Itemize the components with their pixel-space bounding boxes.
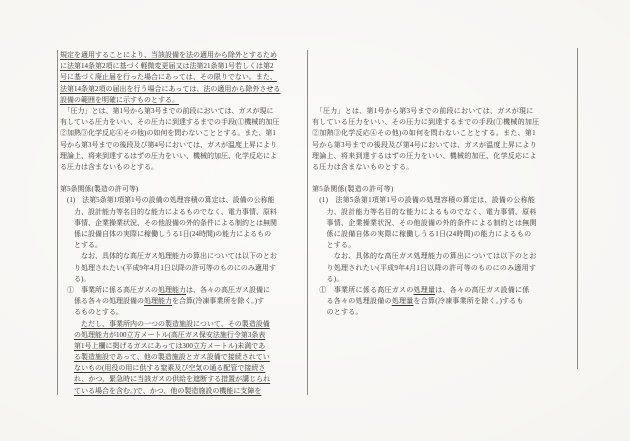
text-line: の処理能力が100立方メートル(高圧ガス保安法施行令第3条表 [60, 330, 307, 341]
text-line: (1) 法第5条第1項第1号の設備の処理容積の算定は、設備の公称能 [60, 195, 307, 206]
text-segment: のとする。 [312, 308, 363, 316]
text-segment: り処理されたい(平成9年4月1日以降の許可等のものにのみ適用す [312, 264, 536, 272]
text-segment: なお、具体的な高圧ガス処理能力の算出については以下のとお [60, 252, 277, 260]
text-segment: ① 事業所に係る高圧ガスの [312, 286, 414, 294]
underlined-text-segment: 処理能力 [144, 297, 172, 305]
text-line: ただし、事業所内の一つの製造施設について、その製造設備 [60, 319, 307, 330]
underlined-text-segment: 設備の範囲を明確に示すものとする。 [60, 96, 179, 104]
text-line: ②加熱③化学反応④その他)の如何を問わないこととする。また、第1 [60, 128, 307, 139]
underlined-text-segment: 号に基づく廃止届を行った場合にあっては、その限りでない。また、 [60, 73, 277, 81]
text-line: 「圧力」とは、第1号から第3号までの前段においては、ガスが現に [312, 106, 575, 117]
text-line: る各々の処理設備の処理量を合算(冷凍事業所を除く。)するも [312, 296, 575, 307]
text-line: ②加熱③化学反応④その他)の如何を問わないこととする。また、第1 [312, 128, 575, 139]
text-segment: る圧力は含まないものとする。 [312, 163, 414, 171]
text-line: 第1号上欄に掲げるガスにあっては300立方メートル)未満であ [60, 341, 307, 352]
text-segment: を合算(冷凍事業所を除く。)す [172, 297, 264, 305]
text-segment: り処理されたい(平成9年4月1日以降の許可等のものにのみ適用す [60, 264, 276, 272]
text-line: 力、設計能力等名目的な能力によるものでなく、電力事情、原料 [312, 207, 575, 218]
text-line: 係る各々の処理設備の処理能力を合算(冷凍事業所を除く。)す [60, 296, 307, 307]
text-line: ている場合を含む。)で、かつ、他の製造施設の機能に支障を [60, 386, 307, 397]
text-segment: ②加熱③化学反応④その他)の如何を問わないこととする。また、第1 [60, 129, 276, 137]
text-line: り処理されたい(平成9年4月1日以降の許可等のものにのみ適用す [312, 263, 575, 274]
text-segment: とする。 [312, 241, 356, 249]
text-line: 号から第3号までの後段及び第4号においては、ガスが温度上昇により [60, 140, 307, 151]
text-segment: る各々の処理設備の [312, 297, 392, 305]
text-line: 有している圧力をいい、その圧力に到達するまでの手段(①機械的加圧 [60, 117, 307, 128]
right-column-text: 「圧力」とは、第1号から第3号までの前段においては、ガスが現に有している圧力をい… [312, 50, 575, 319]
text-segment: なお、具体的な高圧ガス処理能力の算出については以下のとお [312, 252, 537, 260]
text-segment: 第5条関係(製造の許可等) [312, 185, 393, 193]
text-line [312, 173, 575, 184]
text-line: 第5条関係(製造の許可等) [312, 184, 575, 195]
text-segment: 有している圧力をいい、その圧力に到達するまでの手段(①機械的加圧 [312, 118, 539, 126]
text-segment: るものとする。 [60, 308, 123, 316]
text-line: に法第14条第2項に基づく軽微変更届又は法第21条第1号若しくは第2 [60, 61, 307, 72]
text-line [312, 61, 575, 72]
left-column-text: 規定を適用することにより、当該設備を法の適用から除外とするために法第14条第2項… [60, 50, 307, 397]
underlined-text-segment: 第1号上欄に掲げるガスにあっては300立方メートル)未満であ [74, 342, 265, 350]
scanned-document-page: 規定を適用することにより、当該設備を法の適用から除外とするために法第14条第2項… [0, 0, 630, 441]
text-segment: 力、設計能力等名目的な能力によるものでなく、電力事情、原料 [312, 208, 537, 216]
text-segment: 第5条関係(製造の許可等) [60, 185, 138, 193]
text-segment: 係に設備自体の実際に稼働しうる1日(24時間)の能力によるもの [312, 230, 531, 238]
text-line: 有している圧力をいい、その圧力に到達するまでの手段(①機械的加圧 [312, 117, 575, 128]
text-segment: 号から第3号までの後段及び第4号においては、ガスが温度上昇により [312, 141, 537, 149]
text-line: なお、具体的な高圧ガス処理能力の算出については以下のとお [60, 251, 307, 262]
text-line [312, 84, 575, 95]
underlined-text-segment: 処理量 [392, 297, 414, 305]
text-line: のとする。 [312, 307, 575, 318]
text-line: 理論上、将来到達するはずの圧力をいい、機械的加圧、化学反応によ [60, 151, 307, 162]
text-line: 係に設備自体の実際に稼働しうる1日(24時間)の能力によるもの [60, 229, 307, 240]
text-line: る圧力は含まないものとする。 [312, 162, 575, 173]
underlined-text-segment: れ、かつ、緊急時に当該ガスの供給を遮断する措置が講じられ [74, 375, 270, 383]
text-line: 事情、企業操業状況、その他設備の外的条件による制約とは無関 [312, 218, 575, 229]
text-segment: ① 事業所に係る高圧ガスの [60, 286, 158, 294]
text-segment: ②加熱③化学反応④その他)の如何を問わないこととする。また、第1 [312, 129, 536, 137]
table-rule-right [577, 48, 578, 369]
text-segment: 理論上、将来到達するはずの圧力をいい、機械的加圧、化学反応によ [312, 152, 537, 160]
text-segment: る)。 [312, 275, 344, 283]
table-rule-left [57, 50, 58, 395]
text-line: り処理されたい(平成9年4月1日以降の許可等のものにのみ適用す [60, 263, 307, 274]
text-line: 事情、企業操業状況、その他設備の外的条件による制約とは無関 [60, 218, 307, 229]
text-line: 「圧力」とは、第1号から第3号までの前段においては、ガスが現に [60, 106, 307, 117]
text-line: ① 事業所に係る高圧ガスの処理量は、各々の高圧ガス設備に係 [312, 285, 575, 296]
text-segment [60, 375, 74, 383]
text-segment: とする。 [60, 241, 102, 249]
text-segment: 係る各々の処理設備の [60, 297, 144, 305]
text-line: る圧力は含まないものとする。 [60, 162, 307, 173]
text-line: 設備の範囲を明確に示すものとする。 [60, 95, 307, 106]
underlined-text-segment: 処理量 [414, 286, 436, 294]
text-segment: (1) 法第5条第1項第1号の設備の処理容積の算定は、設備の公称能 [60, 196, 275, 204]
text-line [60, 173, 307, 184]
text-segment: 係に設備自体の実際に稼働しうる1日(24時間)の能力によるもの [60, 230, 271, 238]
text-line: 規定を適用することにより、当該設備を法の適用から除外とするため [60, 50, 307, 61]
text-segment: る)。 [60, 275, 90, 283]
text-line: る)。 [60, 274, 307, 285]
text-line: とする。 [312, 240, 575, 251]
text-segment: 号から第3号までの後段及び第4号においては、ガスが温度上昇により [60, 141, 277, 149]
text-line: (1) 法第5条第1項第1号の設備の処理容積の算定は、設備の公称能 [312, 195, 575, 206]
text-line [312, 50, 575, 61]
text-line: る)。 [312, 274, 575, 285]
text-segment [60, 364, 74, 372]
underlined-text-segment: 規定を適用することにより、当該設備を法の適用から除外とするため [60, 51, 277, 59]
text-segment [60, 320, 81, 328]
underlined-text-segment: 法第14条第2項の届出を行う場合にあっては、法の適用から除外させる [60, 85, 280, 93]
text-line: 第5条関係(製造の許可等) [60, 184, 307, 195]
text-segment: を合算(冷凍事業所を除く。)するも [414, 297, 524, 305]
underlined-text-segment: の処理能力が100立方メートル(高圧ガス保安法施行令第3条表 [74, 331, 265, 339]
text-segment: 事情、企業操業状況、その他設備の外的条件による制約とは無関 [312, 219, 537, 227]
text-segment: 理論上、将来到達するはずの圧力をいい、機械的加圧、化学反応によ [60, 152, 277, 160]
text-line: なお、具体的な高圧ガス処理能力の算出については以下のとお [312, 251, 575, 262]
text-segment: 力、設計能力等名目的な能力によるものでなく、電力事情、原料 [60, 208, 277, 216]
text-line: ないもの(用役の用に供する窒素及び空気の通る配管で接続さ [60, 363, 307, 374]
underlined-text-segment: る製造施設であって、他の製造施設とガス設備で接続されてい [74, 353, 270, 361]
text-line: 力、設計能力等名目的な能力によるものでなく、電力事情、原料 [60, 207, 307, 218]
text-segment [60, 331, 74, 339]
text-line: る製造施設であって、他の製造施設とガス設備で接続されてい [60, 352, 307, 363]
text-line: 法第14条第2項の届出を行う場合にあっては、法の適用から除外させる [60, 84, 307, 95]
underlined-text-segment: に法第14条第2項に基づく軽微変更届又は法第21条第1号若しくは第2 [60, 62, 274, 70]
text-line: 理論上、将来到達するはずの圧力をいい、機械的加圧、化学反応によ [312, 151, 575, 162]
text-line: とする。 [60, 240, 307, 251]
text-line: 号に基づく廃止届を行った場合にあっては、その限りでない。また、 [60, 72, 307, 83]
underlined-text-segment: ないもの(用役の用に供する窒素及び空気の通る配管で接続さ [74, 364, 265, 372]
text-line [312, 95, 575, 106]
text-line: 号から第3号までの後段及び第4号においては、ガスが温度上昇により [312, 140, 575, 151]
text-segment: (1) 法第5条第1項第1号の設備の処理容積の算定は、設備の公称能 [312, 196, 535, 204]
text-segment [60, 353, 74, 361]
text-line: 係に設備自体の実際に稼働しうる1日(24時間)の能力によるもの [312, 229, 575, 240]
text-line [312, 72, 575, 83]
underlined-text-segment: 処理能力 [158, 286, 186, 294]
text-segment: は、各々の高圧ガス設備に係 [435, 286, 529, 294]
text-segment [60, 387, 74, 395]
text-segment: は、各々の高圧ガス設備に [186, 286, 270, 294]
text-line: るものとする。 [60, 307, 307, 318]
text-line: れ、かつ、緊急時に当該ガスの供給を遮断する措置が講じられ [60, 374, 307, 385]
underlined-text-segment: ている場合を含む。)で、かつ、他の製造施設の機能に支障を [74, 387, 261, 395]
text-line: ① 事業所に係る高圧ガスの処理能力は、各々の高圧ガス設備に [60, 285, 307, 296]
text-segment: 有している圧力をいい、その圧力に到達するまでの手段(①機械的加圧 [60, 118, 279, 126]
text-segment: 事情、企業操業状況、その他設備の外的条件による制約とは無関 [60, 219, 277, 227]
underlined-text-segment: ただし、事業所内の一つの製造施設について、その製造設備 [81, 320, 270, 328]
text-segment: 「圧力」とは、第1号から第3号までの前段においては、ガスが現に [60, 107, 274, 115]
table-rule-middle [307, 50, 308, 395]
text-segment: る圧力は含まないものとする。 [60, 163, 158, 171]
text-segment [60, 342, 74, 350]
text-segment: 「圧力」とは、第1号から第3号までの前段においては、ガスが現に [312, 107, 534, 115]
